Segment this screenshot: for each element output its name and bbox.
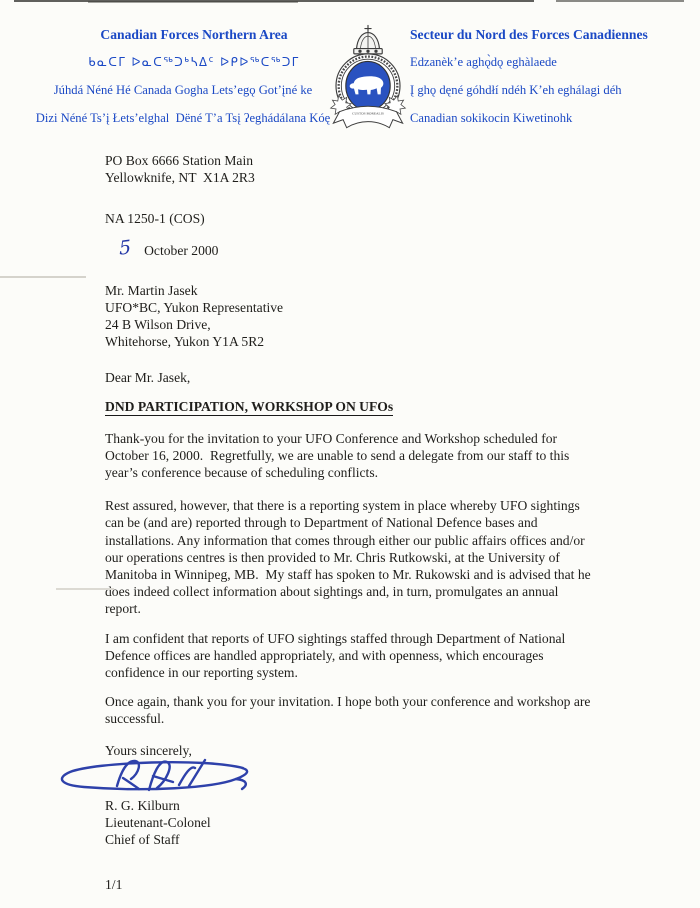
signatory-name: R. G. Kilburn: [105, 797, 642, 814]
file-reference: NA 1250-1 (COS): [105, 210, 642, 227]
recipient-address: Mr. Martin Jasek UFO*BC, Yukon Represent…: [105, 282, 642, 351]
sender-address: PO Box 6666 Station Main Yellowknife, NT…: [105, 152, 642, 186]
signatory-title: Chief of Staff: [105, 831, 642, 848]
handwritten-day: 5: [119, 239, 132, 258]
unit-name-chipewyan: Dizi Néné Ts’į Łets’elghal Dëné T’a Tsį …: [30, 110, 336, 127]
subject-line-container: DND PARTICIPATION, WORKSHOP ON UFOs: [105, 398, 642, 417]
closing: Yours sincerely,: [105, 742, 642, 759]
recipient-line: Mr. Martin Jasek: [105, 282, 642, 299]
cfna-crest: CUSTOS BOREALIS: [336, 26, 400, 138]
salutation: Dear Mr. Jasek,: [105, 369, 642, 386]
signature-block: R. G. Kilburn Lieutenant-Colonel Chief o…: [105, 797, 642, 849]
unit-name-dogrib: Edzanèk’e aghǫ̀dǫ eghàlaede: [410, 54, 700, 71]
letterhead: Canadian Forces Northern Area ᑲᓇᑕᒥ ᐅᓇᑕᖅᑐ…: [0, 0, 700, 138]
body-paragraph-4: Once again, thank you for your invitatio…: [105, 693, 642, 727]
unit-name-english: Canadian Forces Northern Area: [52, 26, 336, 43]
signature-handwriting: [53, 755, 258, 799]
body-paragraph-2: Rest assured, however, that there is a r…: [105, 497, 642, 617]
recipient-line: UFO*BC, Yukon Representative: [105, 299, 642, 316]
unit-name-gwichin: Į ghǫ dęné góhdłí ndéh K’eh eghálagi déh: [410, 82, 700, 99]
sender-address-line: Yellowknife, NT X1A 2R3: [105, 169, 642, 186]
unit-name-french: Secteur du Nord des Forces Canadiennes: [410, 26, 700, 43]
date-text: October 2000: [144, 243, 218, 258]
scanned-letter-page: Canadian Forces Northern Area ᑲᓇᑕᒥ ᐅᓇᑕᖅᑐ…: [0, 0, 700, 908]
letter-body: PO Box 6666 Station Main Yellowknife, NT…: [0, 152, 700, 894]
unit-name-cree: Canadian sokikocin Kiwetinohk: [410, 110, 700, 127]
page-number: 1/1: [105, 876, 642, 893]
subject-line: DND PARTICIPATION, WORKSHOP ON UFOs: [105, 399, 393, 416]
recipient-line: 24 B Wilson Drive,: [105, 316, 642, 333]
date-line: 5October 2000: [105, 241, 642, 265]
recipient-line: Whitehorse, Yukon Y1A 5R2: [105, 333, 642, 350]
body-paragraph-1: Thank-you for the invitation to your UFO…: [105, 430, 642, 482]
signatory-rank: Lieutenant-Colonel: [105, 814, 642, 831]
letterhead-right-column: Secteur du Nord des Forces Canadiennes E…: [400, 26, 700, 138]
body-paragraph-3: I am confident that reports of UFO sight…: [105, 630, 642, 682]
unit-name-slavey: Júhdá Néné Hé Canada Gogha Lets’egǫ Got’…: [30, 82, 336, 99]
unit-name-inuktitut: ᑲᓇᑕᒥ ᐅᓇᑕᖅᑐᒃᓴᐃᑦ ᐅᑭᐅᖅᑕᖅᑐᒥ: [52, 54, 336, 71]
sender-address-line: PO Box 6666 Station Main: [105, 152, 642, 169]
motto-text: CUSTOS BOREALIS: [352, 111, 384, 115]
letterhead-left-column: Canadian Forces Northern Area ᑲᓇᑕᒥ ᐅᓇᑕᖅᑐ…: [0, 26, 336, 138]
crown-icon: [354, 25, 382, 53]
